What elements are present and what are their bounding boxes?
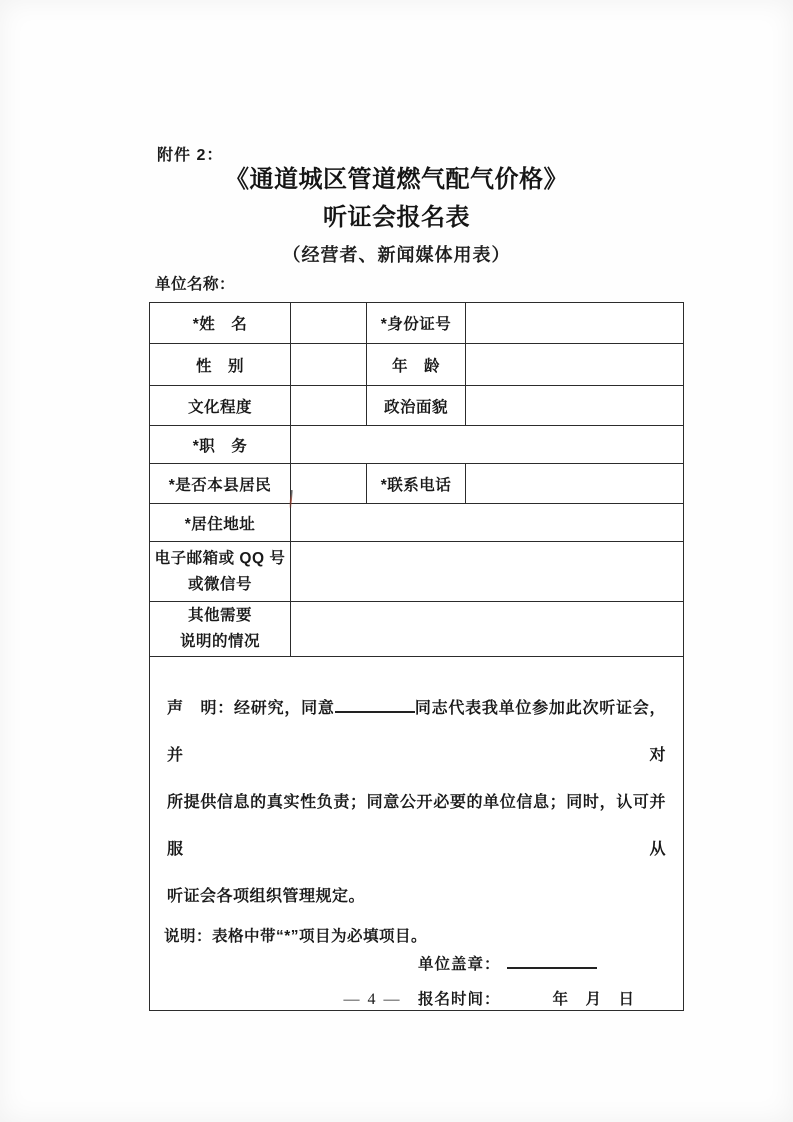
unit-name-label: 单位名称： (155, 272, 235, 294)
table-row: 文化程度 政治面貌 (150, 386, 684, 426)
label-address: *居住地址 (150, 504, 291, 542)
input-address (291, 504, 684, 542)
registration-table: *姓 名 *身份证号 性 别 年 龄 文化程度 政治面貌 *职 务 (149, 302, 684, 1011)
input-political-status (466, 386, 684, 426)
blank-underline (335, 708, 415, 713)
table-row: *职 务 (150, 426, 684, 464)
input-email-qq-wechat (291, 542, 684, 602)
declaration-line1: 声 明：经研究，同意同志代表我单位参加此次听证会，并对 (167, 685, 666, 779)
footnote: 说明：表格中带“*”项目为必填项目。 (164, 924, 427, 946)
document-page: 附件 2： 《通道城区管道燃气配气价格》 听证会报名表 （经营者、新闻媒体用表）… (0, 0, 793, 1122)
input-education (291, 386, 367, 426)
seal-label: 单位盖章： (418, 956, 501, 973)
input-id-number (466, 303, 684, 344)
input-age (466, 344, 684, 386)
declaration-line2: 所提供信息的真实性负责；同意公开必要的单位信息；同时，认可并服从 (167, 779, 666, 873)
table-row: *是否本县居民 *联系电话 (150, 464, 684, 504)
label-gender: 性 别 (150, 344, 291, 386)
input-county-resident (291, 464, 367, 504)
label-age: 年 龄 (367, 344, 466, 386)
table-row: *姓 名 *身份证号 (150, 303, 684, 344)
table-row: *居住地址 (150, 504, 684, 542)
page-title-line2: 听证会报名表 (323, 205, 470, 231)
label-phone: *联系电话 (367, 464, 466, 504)
label-county-resident: *是否本县居民 (150, 464, 291, 504)
label-other-notes: 其他需要 说明的情况 (150, 602, 291, 657)
table-row: 电子邮箱或 QQ 号 或微信号 (150, 542, 684, 602)
table-row: 性 别 年 龄 (150, 344, 684, 386)
page-title-line1: 《通道城区管道燃气配气价格》 (225, 167, 568, 193)
page-number: — 4 — (0, 991, 745, 1009)
declaration-cell: 声 明：经研究，同意同志代表我单位参加此次听证会，并对 所提供信息的真实性负责；… (150, 657, 684, 1011)
declaration-line3: 听证会各项组织管理规定。 (167, 873, 666, 920)
label-name: *姓 名 (150, 303, 291, 344)
label-education: 文化程度 (150, 386, 291, 426)
seal-blank-underline (507, 964, 597, 969)
input-name (291, 303, 367, 344)
label-position: *职 务 (150, 426, 291, 464)
page-title: 《通道城区管道燃气配气价格》 听证会报名表 (0, 161, 793, 237)
input-position (291, 426, 684, 464)
input-gender (291, 344, 367, 386)
table-row: 声 明：经研究，同意同志代表我单位参加此次听证会，并对 所提供信息的真实性负责；… (150, 657, 684, 1011)
label-political-status: 政治面貌 (367, 386, 466, 426)
input-phone (466, 464, 684, 504)
table-row: 其他需要 说明的情况 (150, 602, 684, 657)
input-other-notes (291, 602, 684, 657)
seal-line: 单位盖章： (418, 955, 666, 975)
label-id-number: *身份证号 (367, 303, 466, 344)
label-email-qq-wechat: 电子邮箱或 QQ 号 或微信号 (150, 542, 291, 602)
page-subtitle: （经营者、新闻媒体用表） (0, 241, 793, 267)
